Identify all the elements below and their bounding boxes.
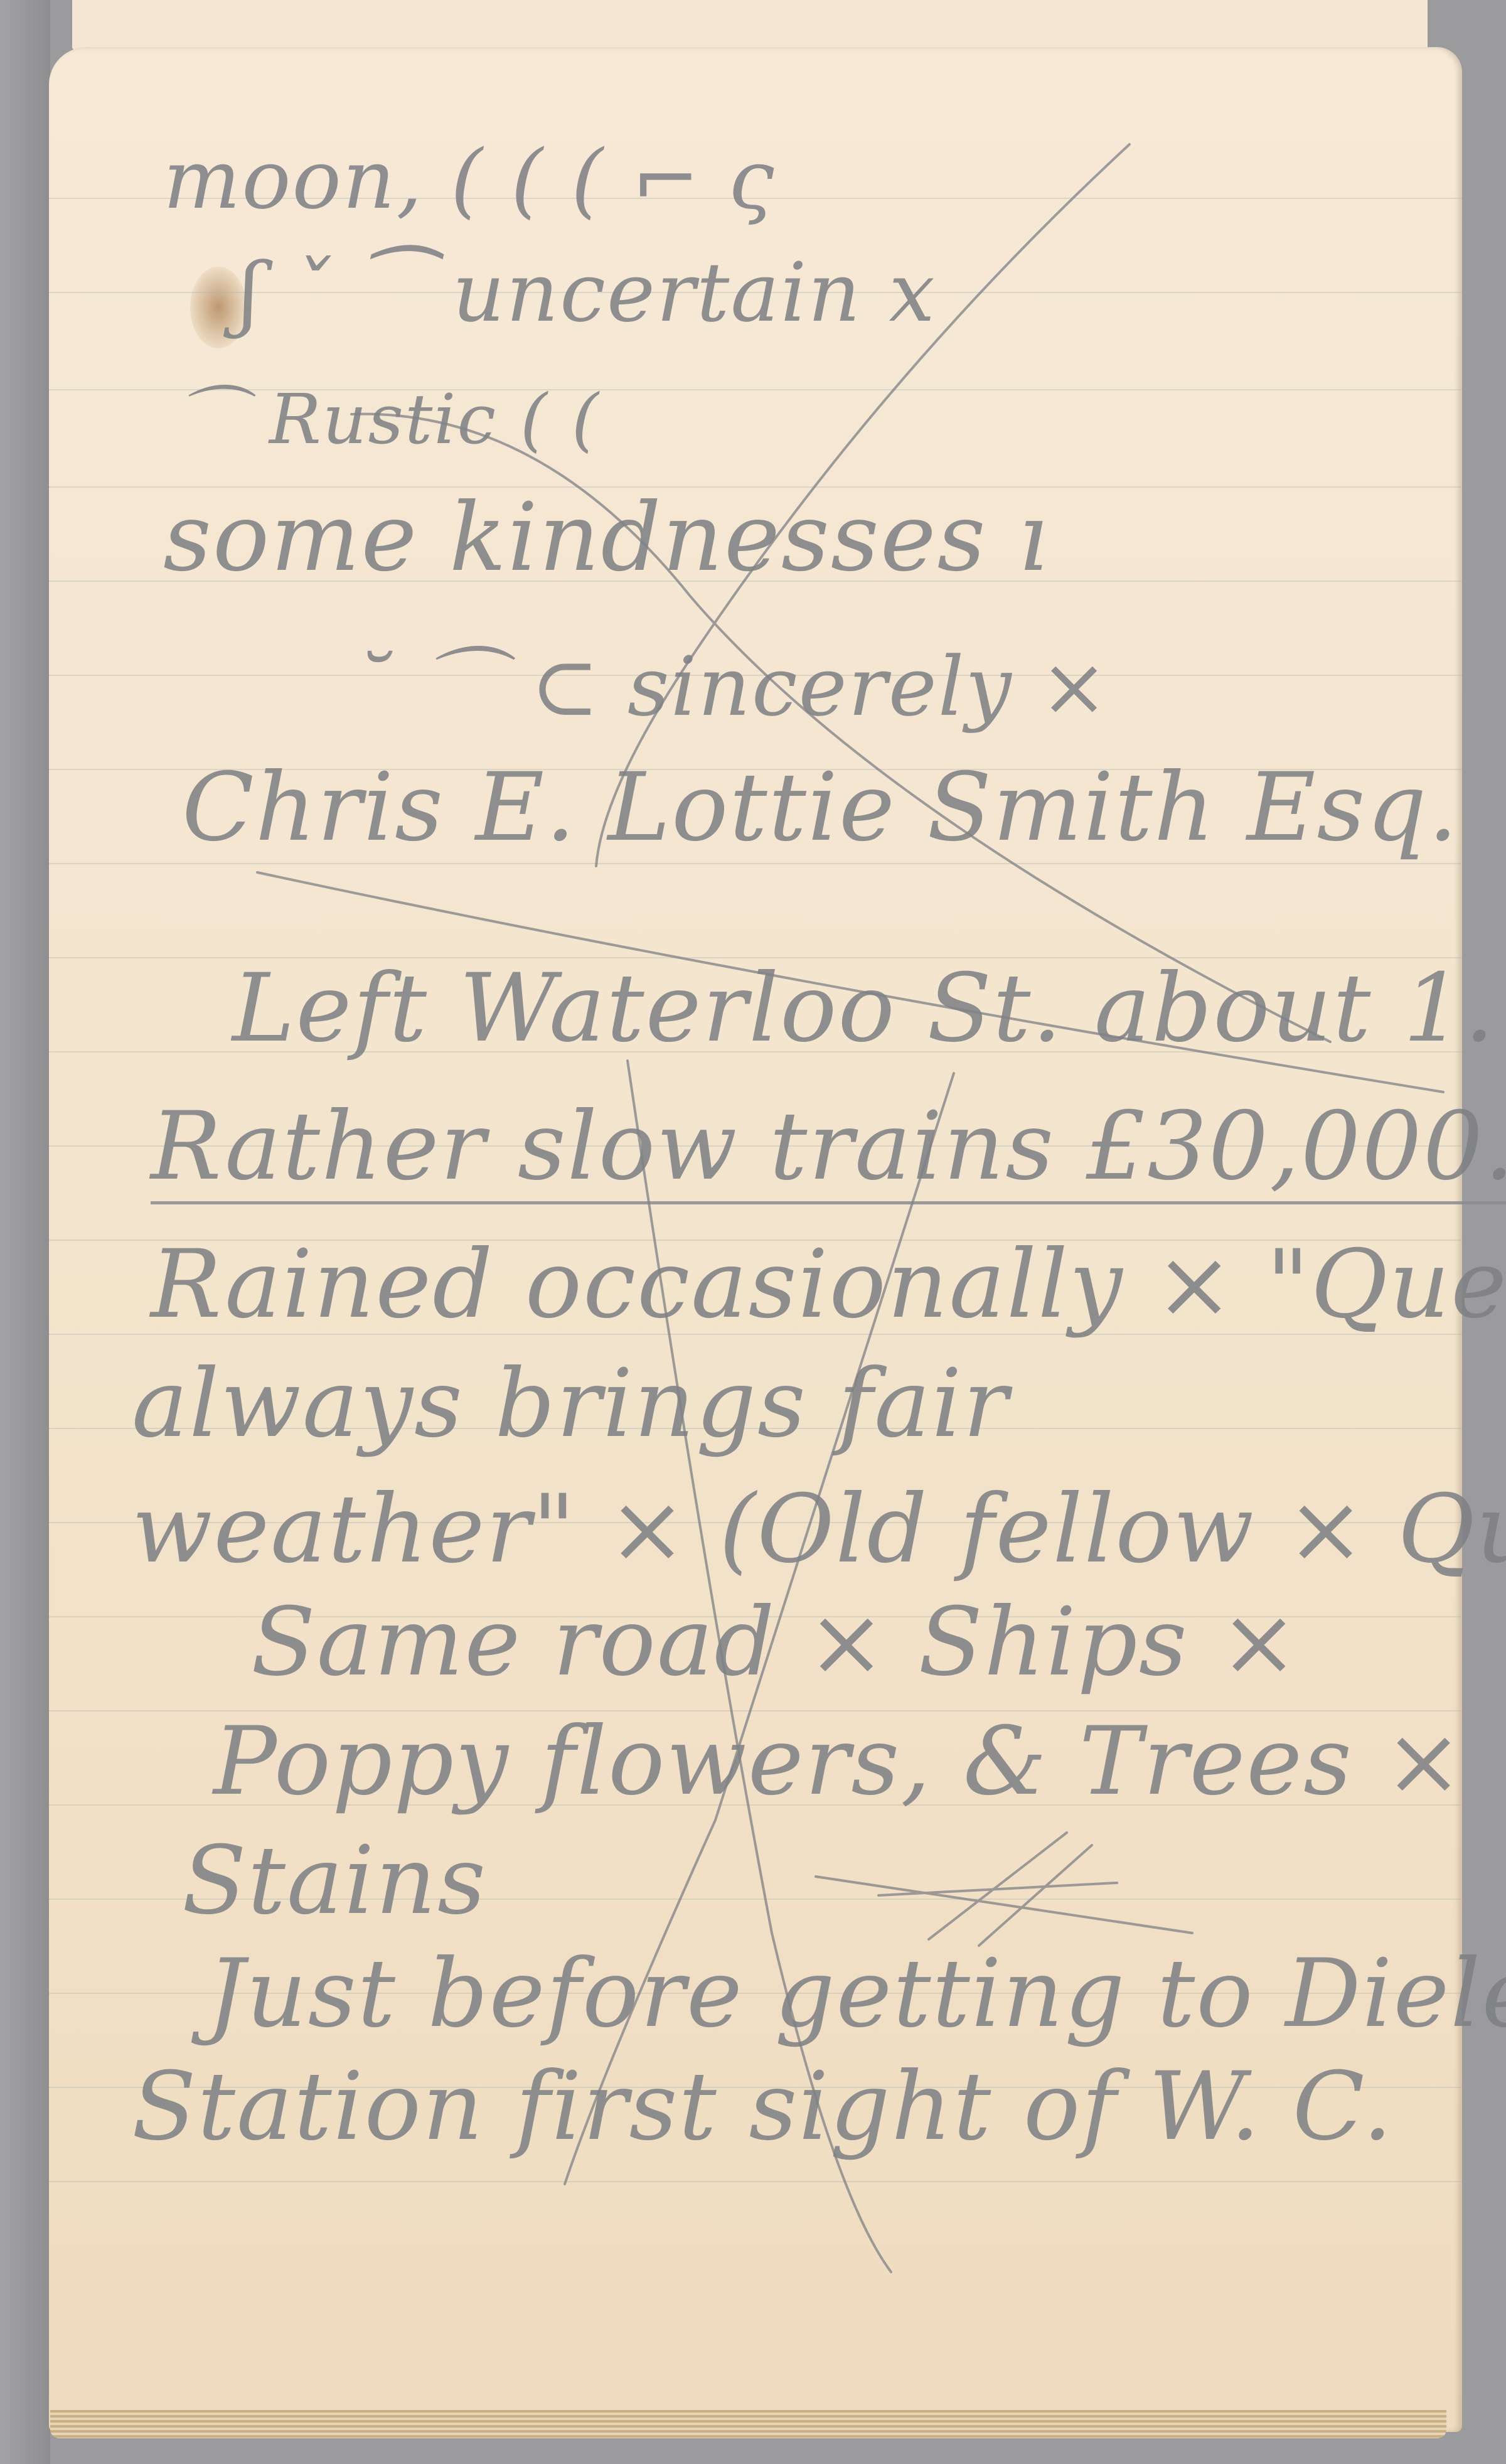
crossout-stroke-lower-right [565, 1073, 954, 2184]
crossout-stroke-diagonal [257, 872, 1443, 1092]
crossout-stroke-upper-left [351, 414, 1330, 1042]
crossout-stroke-lower-left [627, 1061, 891, 2272]
crossout-strokes [0, 0, 1506, 2464]
hatch-mark [979, 1845, 1092, 1946]
